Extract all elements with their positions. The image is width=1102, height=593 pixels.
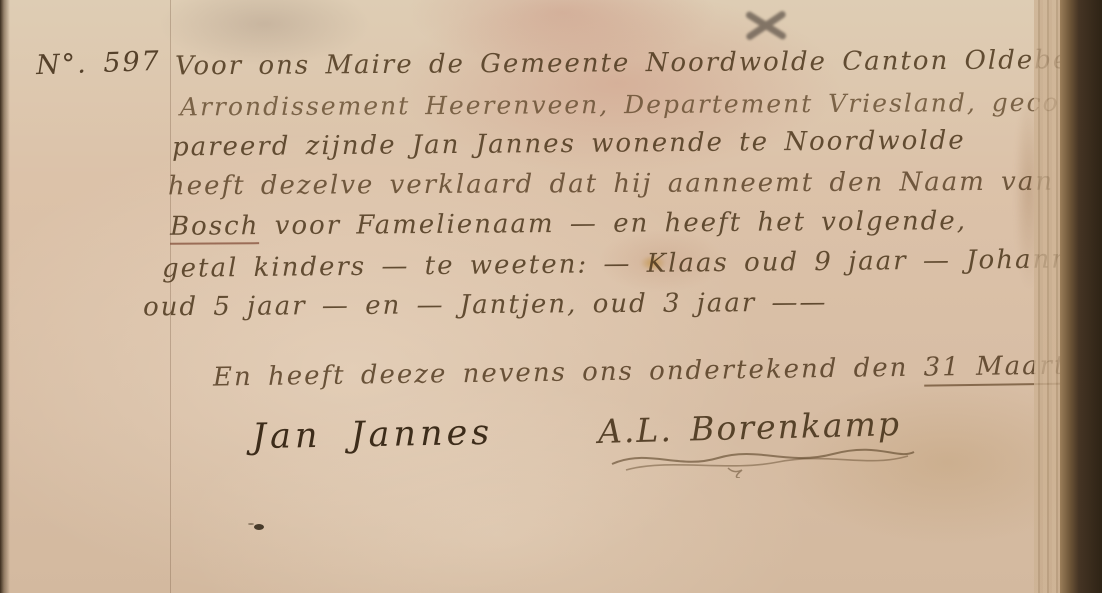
book-binding-edge bbox=[1060, 0, 1102, 593]
signature-declarant: Jan Jannes bbox=[252, 413, 494, 457]
page-edge-creases bbox=[1034, 0, 1062, 593]
body-line-6: getal kinders — te weeten: — Klaas oud 9… bbox=[162, 244, 1102, 284]
body-line-7: oud 5 jaar — en — Jantjen, oud 3 jaar —— bbox=[143, 288, 828, 323]
register-page-scan: N°. 597 Voor ons Maire de Gemeente Noord… bbox=[0, 0, 1102, 593]
signature-flourish bbox=[608, 444, 918, 478]
ink-blot bbox=[254, 524, 264, 530]
left-binding-shadow bbox=[0, 0, 10, 593]
body-line-2: Arrondissement Heerenveen, Departement V… bbox=[180, 88, 1096, 122]
ink-smudge-x-mark bbox=[735, 2, 795, 48]
record-number: N°. 597 bbox=[35, 46, 161, 81]
body-line-5-rest: voor Famelienaam — en heeft het volgende… bbox=[259, 206, 967, 241]
closing-text: En heeft deeze nevens ons ondertekend de… bbox=[213, 353, 924, 393]
closing-line: En heeft deeze nevens ons ondertekend de… bbox=[213, 349, 1102, 392]
body-line-4: heeft dezelve verklaard dat hij aanneemt… bbox=[168, 167, 1054, 202]
body-line-1: Voor ons Maire de Gemeente Noordwolde Ca… bbox=[175, 45, 1102, 82]
body-line-5: Bosch voor Famelienaam — en heeft het vo… bbox=[170, 206, 967, 242]
adopted-surname: Bosch bbox=[170, 211, 260, 245]
body-line-3: pareerd zijnde Jan Jannes wonende te Noo… bbox=[172, 126, 966, 163]
